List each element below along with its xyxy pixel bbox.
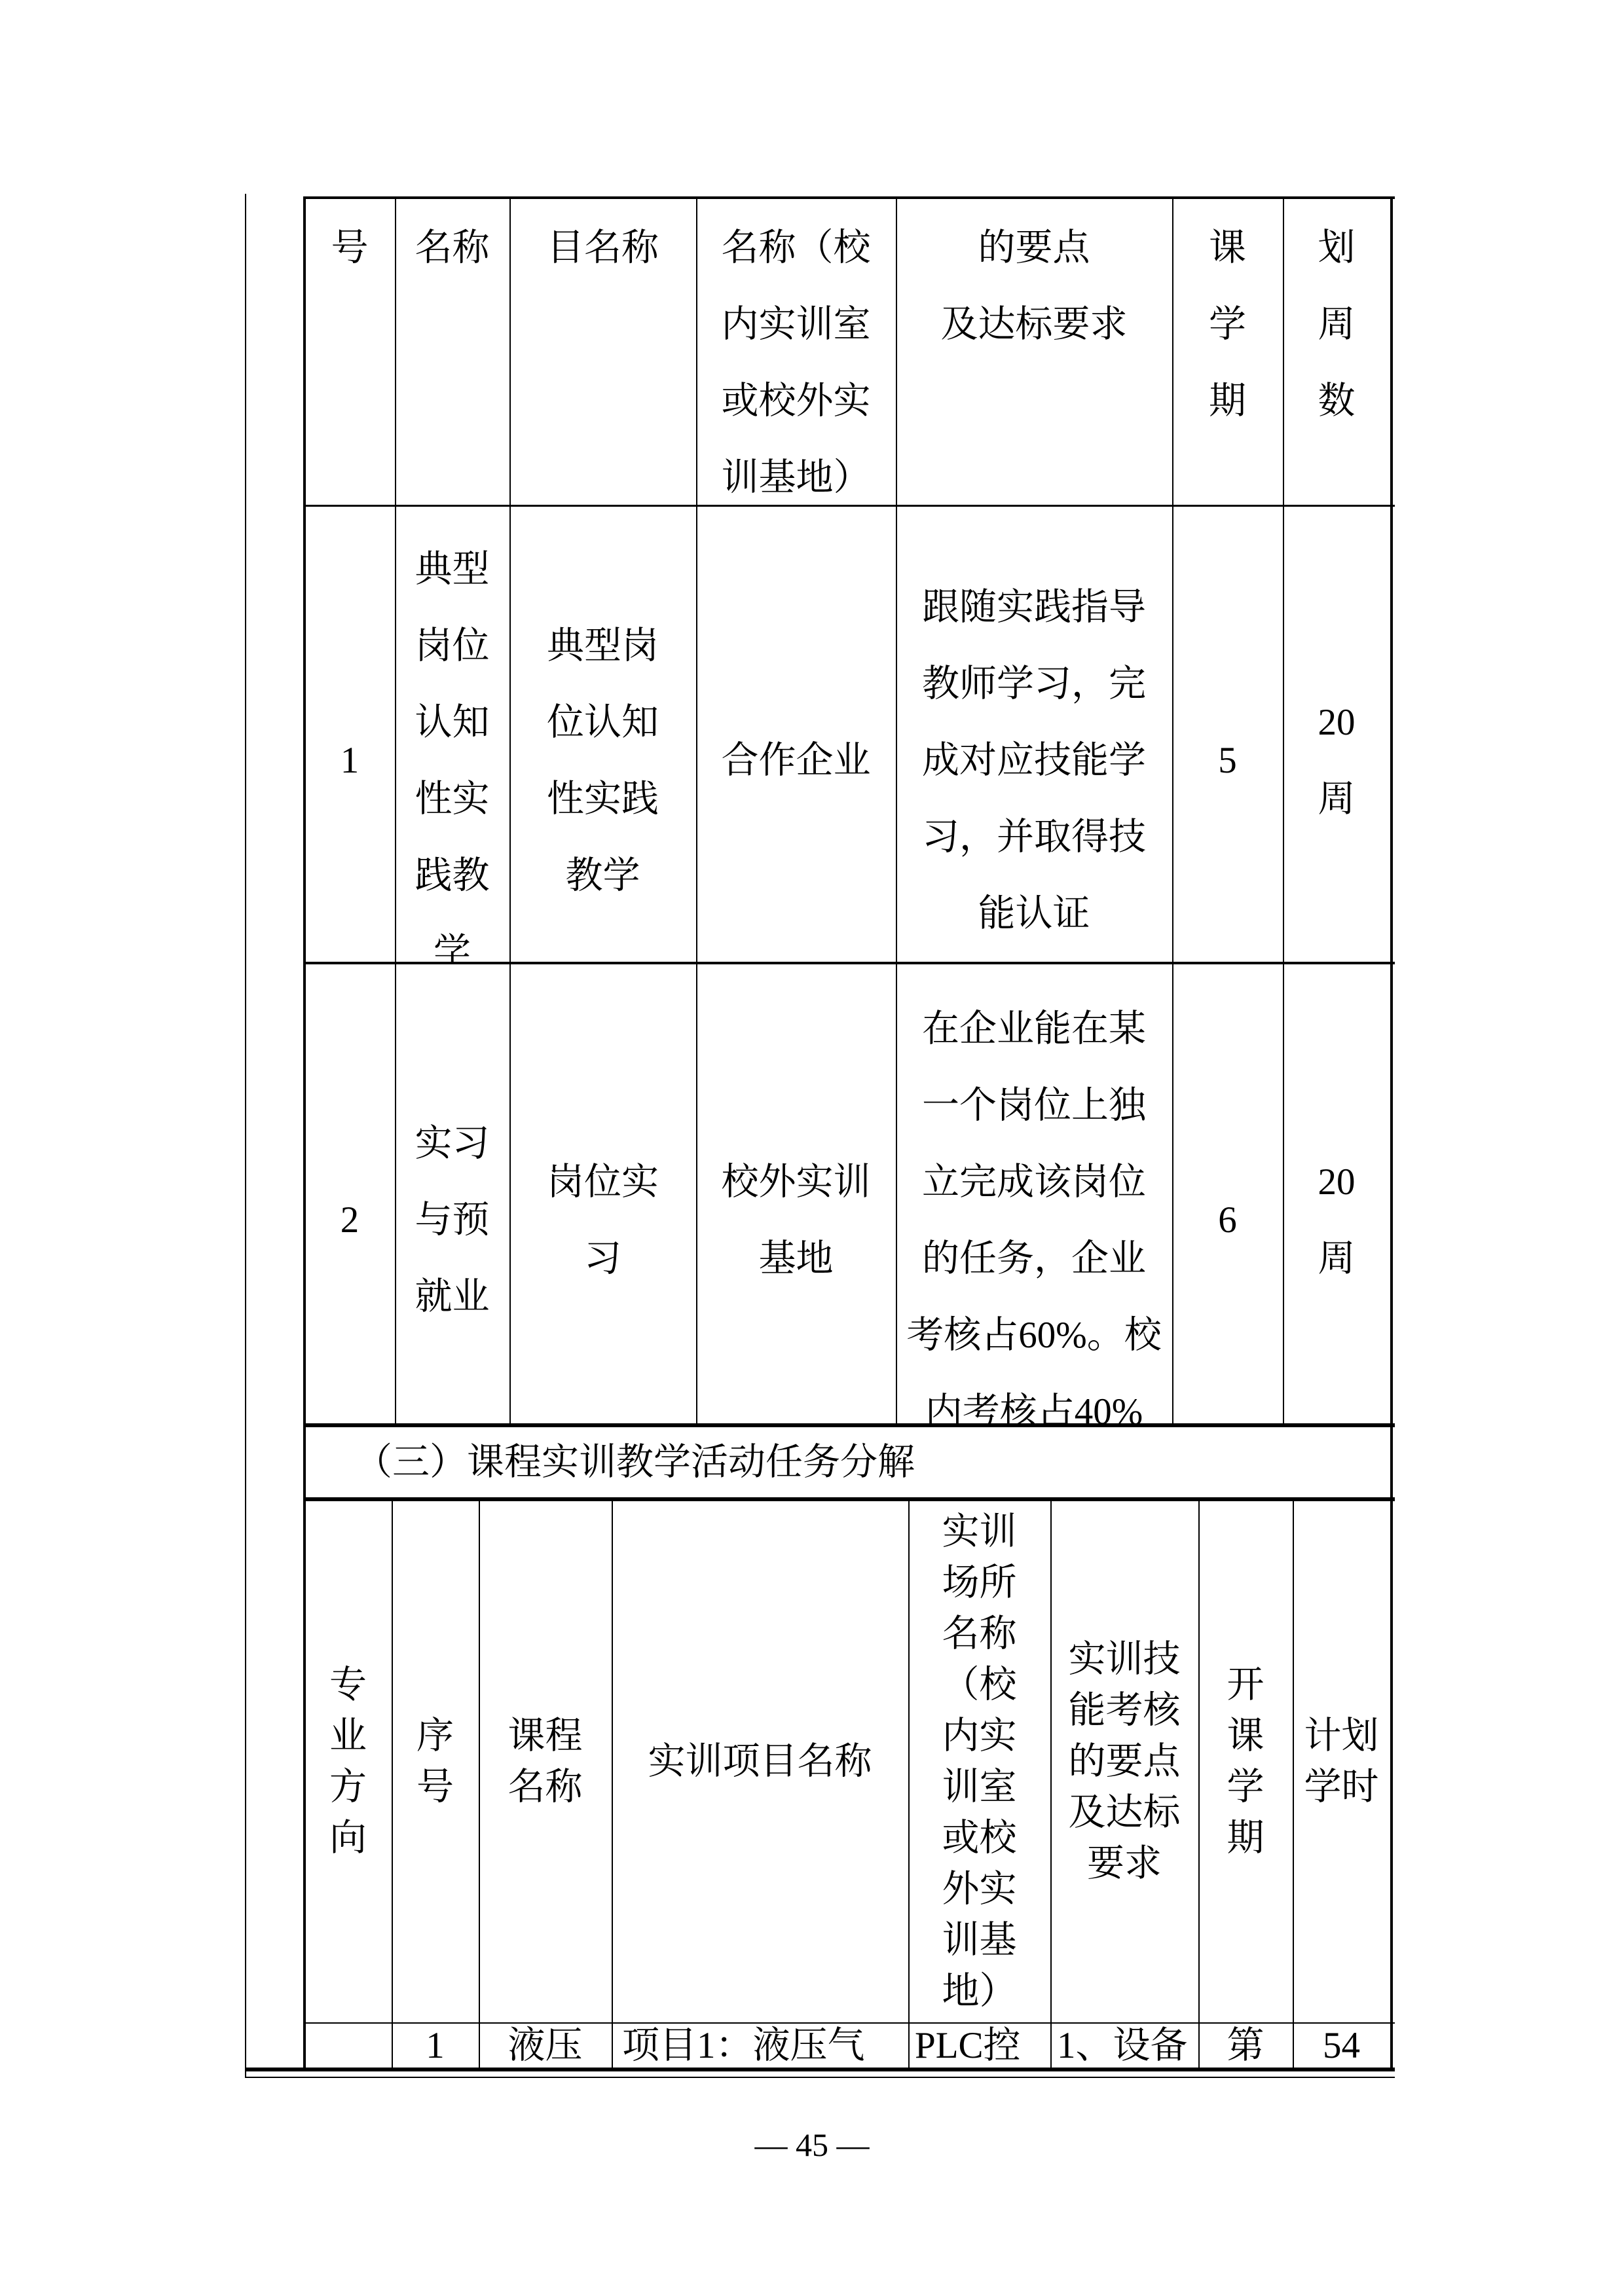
t2-header-hours: 计划 学时 bbox=[1294, 1503, 1389, 2021]
page-number: — 45 — bbox=[681, 2123, 943, 2166]
t1-row2-project: 岗位实 习 bbox=[511, 964, 695, 1423]
t1-row2-place: 校外实训 基地 bbox=[697, 964, 895, 1423]
page-cut-rule-thick bbox=[246, 2068, 1395, 2071]
t2-header-course: 课程 名称 bbox=[480, 1503, 610, 2021]
t2-row1-hours: 54 bbox=[1294, 2024, 1389, 2068]
t2-header-require: 实训技 能考核 的要点 及达标 要求 bbox=[1052, 1503, 1197, 2021]
t1-row2-require: 在企业能在某 一个岗位上独 立完成该岗位 的任务，企业 考核占60%。校 内考核… bbox=[897, 964, 1171, 1423]
t2-header-project: 实训项目名称 bbox=[613, 1503, 907, 2021]
t2-row1-major bbox=[306, 2024, 390, 2068]
t1-row1-name: 典型 岗位 认知 性实 践教 学 bbox=[396, 507, 508, 962]
t1-row1-seq: 1 bbox=[306, 507, 394, 962]
t1-row2-seq: 2 bbox=[306, 964, 394, 1423]
t1-row2-semester: 6 bbox=[1173, 964, 1282, 1423]
t1-header-project: 目名称 bbox=[511, 199, 695, 505]
t1-header-weeks: 划 周 数 bbox=[1284, 199, 1389, 505]
document-page: 号 名称 目名称 名称（校 内实训室 或校外实 训基地） 的要点 及达标要求 课… bbox=[0, 0, 1624, 2296]
t2-header-semester: 开 课 学 期 bbox=[1200, 1503, 1291, 2021]
t1-row1-place: 合作企业 bbox=[697, 507, 895, 962]
t2-header-seq: 序 号 bbox=[393, 1503, 477, 2021]
t1-header-seq: 号 bbox=[306, 199, 394, 505]
left-margin-line bbox=[245, 194, 246, 2078]
t1-row1-project: 典型岗 位认知 性实践 教学 bbox=[511, 507, 695, 962]
table1-border-right bbox=[1390, 196, 1393, 1425]
t2-row1-require: 1、设备 bbox=[1052, 2024, 1197, 2068]
t2-header-place: 实训 场所 名称 （校 内实 训室 或校 外实 训基 地） bbox=[910, 1503, 1049, 2021]
t2-row1-place: PLC控 bbox=[910, 2024, 1049, 2068]
t1-header-place: 名称（校 内实训室 或校外实 训基地） bbox=[697, 199, 895, 505]
section-row-right-border bbox=[1390, 1423, 1393, 1501]
t2-row1-semester: 第 bbox=[1200, 2024, 1291, 2068]
t1-row2-name: 实习 与预 就业 bbox=[396, 964, 508, 1423]
table2-border-right bbox=[1390, 1501, 1393, 2068]
t1-header-require: 的要点 及达标要求 bbox=[897, 199, 1171, 505]
t1-header-name: 名称 bbox=[396, 199, 508, 505]
t1-row1-semester: 5 bbox=[1173, 507, 1282, 962]
t1-row1-require: 跟随实践指导 教师学习，完 成对应技能学 习，并取得技 能认证 bbox=[897, 507, 1171, 962]
t2-row1-course: 液压 bbox=[480, 2024, 610, 2068]
t1-header-semester: 课 学 期 bbox=[1173, 199, 1282, 505]
t2-row1-project: 项目1：液压气 bbox=[613, 2024, 907, 2068]
t1-row1-weeks: 20 周 bbox=[1284, 507, 1389, 962]
page-cut-rule-thin bbox=[246, 2077, 1395, 2078]
section-heading: （三）课程实训教学活动任务分解 bbox=[306, 1427, 1390, 1497]
t1-row2-weeks: 20 周 bbox=[1284, 964, 1389, 1423]
t2-row1-seq: 1 bbox=[393, 2024, 477, 2068]
t2-header-major: 专 业 方 向 bbox=[306, 1503, 390, 2021]
